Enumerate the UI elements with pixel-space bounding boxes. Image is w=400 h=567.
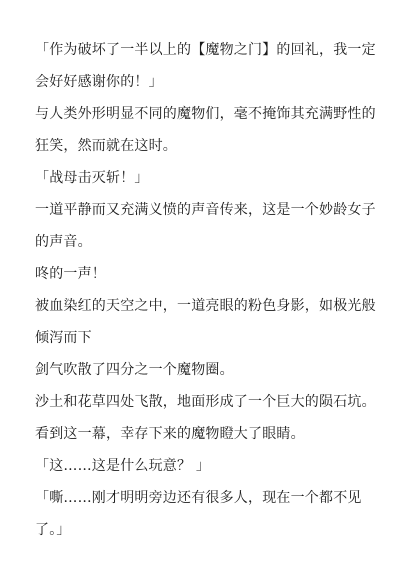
text-line: 的声音。: [35, 230, 365, 262]
text-line: 「作为破坏了一半以上的【魔物之门】的回礼，我一定: [35, 38, 365, 70]
text-line: 一道平静而又充满义愤的声音传来，这是一个妙龄女子: [35, 198, 365, 230]
text-line: 咚的一声！: [35, 262, 365, 294]
text-line: 狂笑，然而就在这时。: [35, 134, 365, 166]
text-line: 倾泻而下: [35, 326, 365, 358]
text-line: 剑气吹散了四分之一个魔物圈。: [35, 358, 365, 390]
text-line: 「这……这是什么玩意？ 」: [35, 454, 365, 486]
text-line: 「战母击灭斩！」: [35, 166, 365, 198]
text-line: 看到这一幕，幸存下来的魔物瞪大了眼睛。: [35, 422, 365, 454]
text-line: 会好好感谢你的！」: [35, 70, 365, 102]
text-line: 「嘶……刚才明明旁边还有很多人，现在一个都不见: [35, 486, 365, 518]
text-line: 了。」: [35, 518, 365, 550]
text-line: 与人类外形明显不同的魔物们，毫不掩饰其充满野性的: [35, 102, 365, 134]
document-body: 「作为破坏了一半以上的【魔物之门】的回礼，我一定 会好好感谢你的！」 与人类外形…: [35, 38, 365, 550]
text-line: 沙土和花草四处飞散，地面形成了一个巨大的陨石坑。: [35, 390, 365, 422]
text-line: 被血染红的天空之中，一道亮眼的粉色身影，如极光般: [35, 294, 365, 326]
